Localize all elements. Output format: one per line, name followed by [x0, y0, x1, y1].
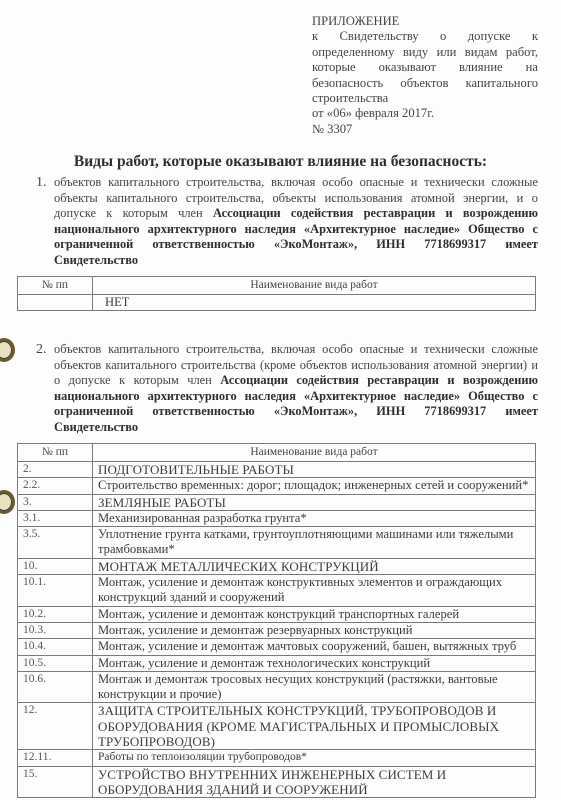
table-row: 3.1.Механизированная разработка грунта*: [18, 510, 536, 526]
table-row: 10.3.Монтаж, усиление и демонтаж резерву…: [18, 622, 536, 638]
section-2-table: № пп Наименование вида работ 2.ПОДГОТОВИ…: [17, 443, 536, 798]
row-name: Уплотнение грунта катками, грунтоуплотня…: [93, 527, 536, 559]
table-row: 10.МОНТАЖ МЕТАЛЛИЧЕСКИХ КОНСТРУКЦИЙ: [18, 558, 536, 574]
row-name: Монтаж, усиление и демонтаж конструкций …: [93, 606, 536, 622]
row-name: Монтаж, усиление и демонтаж технологичес…: [93, 655, 536, 671]
row-name: ПОДГОТОВИТЕЛЬНЫЕ РАБОТЫ: [93, 462, 536, 478]
binder-ring-top: [0, 338, 15, 362]
section-1-text: 1. объектов капитального строительства, …: [54, 175, 538, 269]
table-row: 2.2.Строительство временных: дорог; площ…: [18, 478, 536, 494]
table-row: 10.2.Монтаж, усиление и демонтаж констру…: [18, 606, 536, 622]
col-header-number: № пп: [18, 444, 93, 462]
row-name: Монтаж и демонтаж тросовых несущих конст…: [93, 671, 536, 703]
table-row: 12.11.Работы по теплоизоляции трубопрово…: [18, 750, 536, 766]
appendix-date: от «06» февраля 2017г.: [312, 106, 538, 121]
table-row: 10.5.Монтаж, усиление и демонтаж техноло…: [18, 655, 536, 671]
row-name: Монтаж, усиление и демонтаж резервуарных…: [93, 622, 536, 638]
row-number: 10.1.: [18, 575, 93, 607]
row-number: 12.11.: [18, 750, 93, 766]
col-header-name: Наименование вида работ: [93, 444, 536, 462]
appendix-line: к Свидетельству о допуске к: [312, 29, 538, 44]
appendix-line: безопасность объектов капитального: [312, 76, 538, 91]
row-number: 10.2.: [18, 606, 93, 622]
appendix-line: которые оказывают влияние на: [312, 60, 538, 75]
appendix-line: строительства: [312, 91, 538, 106]
col-header-number: № пп: [18, 277, 93, 295]
col-header-name: Наименование вида работ: [93, 277, 536, 295]
page-title: Виды работ, которые оказывают влияние на…: [0, 153, 561, 171]
row-number: 3.: [18, 494, 93, 510]
binder-ring-bottom: [0, 490, 15, 514]
row-name: Монтаж, усиление и демонтаж конструктивн…: [93, 575, 536, 607]
row-number: 15.: [18, 766, 93, 798]
row-name: ЗЕМЛЯНЫЕ РАБОТЫ: [93, 494, 536, 510]
table-row: НЕТ: [18, 295, 536, 311]
appendix-header: ПРИЛОЖЕНИЕ к Свидетельству о допуске к о…: [312, 14, 538, 137]
row-number: 3.1.: [18, 510, 93, 526]
table-header-row: № пп Наименование вида работ: [18, 277, 536, 295]
appendix-title: ПРИЛОЖЕНИЕ: [312, 14, 538, 29]
section-1-number: 1.: [36, 175, 47, 191]
row-number: 10.4.: [18, 639, 93, 655]
table-row: 10.1.Монтаж, усиление и демонтаж констру…: [18, 575, 536, 607]
row-number: 10.6.: [18, 671, 93, 703]
row-name: НЕТ: [93, 295, 536, 311]
row-number: 10.3.: [18, 622, 93, 638]
row-number: 3.5.: [18, 527, 93, 559]
table-row: 12.ЗАЩИТА СТРОИТЕЛЬНЫХ КОНСТРУКЦИЙ, ТРУБ…: [18, 703, 536, 750]
row-name: Монтаж, усиление и демонтаж мачтовых соо…: [93, 639, 536, 655]
table-row: 3.5.Уплотнение грунта катками, грунтоупл…: [18, 527, 536, 559]
table-row: 10.4.Монтаж, усиление и демонтаж мачтовы…: [18, 639, 536, 655]
row-number: 12.: [18, 703, 93, 750]
row-name: ЗАЩИТА СТРОИТЕЛЬНЫХ КОНСТРУКЦИЙ, ТРУБОПР…: [93, 703, 536, 750]
table-header-row: № пп Наименование вида работ: [18, 444, 536, 462]
table-row: 15.УСТРОЙСТВО ВНУТРЕННИХ ИНЖЕНЕРНЫХ СИСТ…: [18, 766, 536, 798]
table-row: 10.6.Монтаж и демонтаж тросовых несущих …: [18, 671, 536, 703]
row-name: МОНТАЖ МЕТАЛЛИЧЕСКИХ КОНСТРУКЦИЙ: [93, 558, 536, 574]
row-name: Механизированная разработка грунта*: [93, 510, 536, 526]
row-number: 2.: [18, 462, 93, 478]
appendix-line: определенному виду или видам работ,: [312, 45, 538, 60]
table-row: 2.ПОДГОТОВИТЕЛЬНЫЕ РАБОТЫ: [18, 462, 536, 478]
row-number: 10.: [18, 558, 93, 574]
row-name: Работы по теплоизоляции трубопроводов*: [93, 750, 536, 766]
row-name: Строительство временных: дорог; площадок…: [93, 478, 536, 494]
row-number: [18, 295, 93, 311]
appendix-number: № 3307: [312, 122, 538, 137]
row-number: 2.2.: [18, 478, 93, 494]
section-1-table: № пп Наименование вида работ НЕТ: [17, 276, 536, 311]
table-row: 3.ЗЕМЛЯНЫЕ РАБОТЫ: [18, 494, 536, 510]
row-number: 10.5.: [18, 655, 93, 671]
section-2-text: 2. объектов капитального строительства, …: [54, 342, 538, 436]
row-name: УСТРОЙСТВО ВНУТРЕННИХ ИНЖЕНЕРНЫХ СИСТЕМ …: [93, 766, 536, 798]
section-2-number: 2.: [36, 342, 47, 358]
